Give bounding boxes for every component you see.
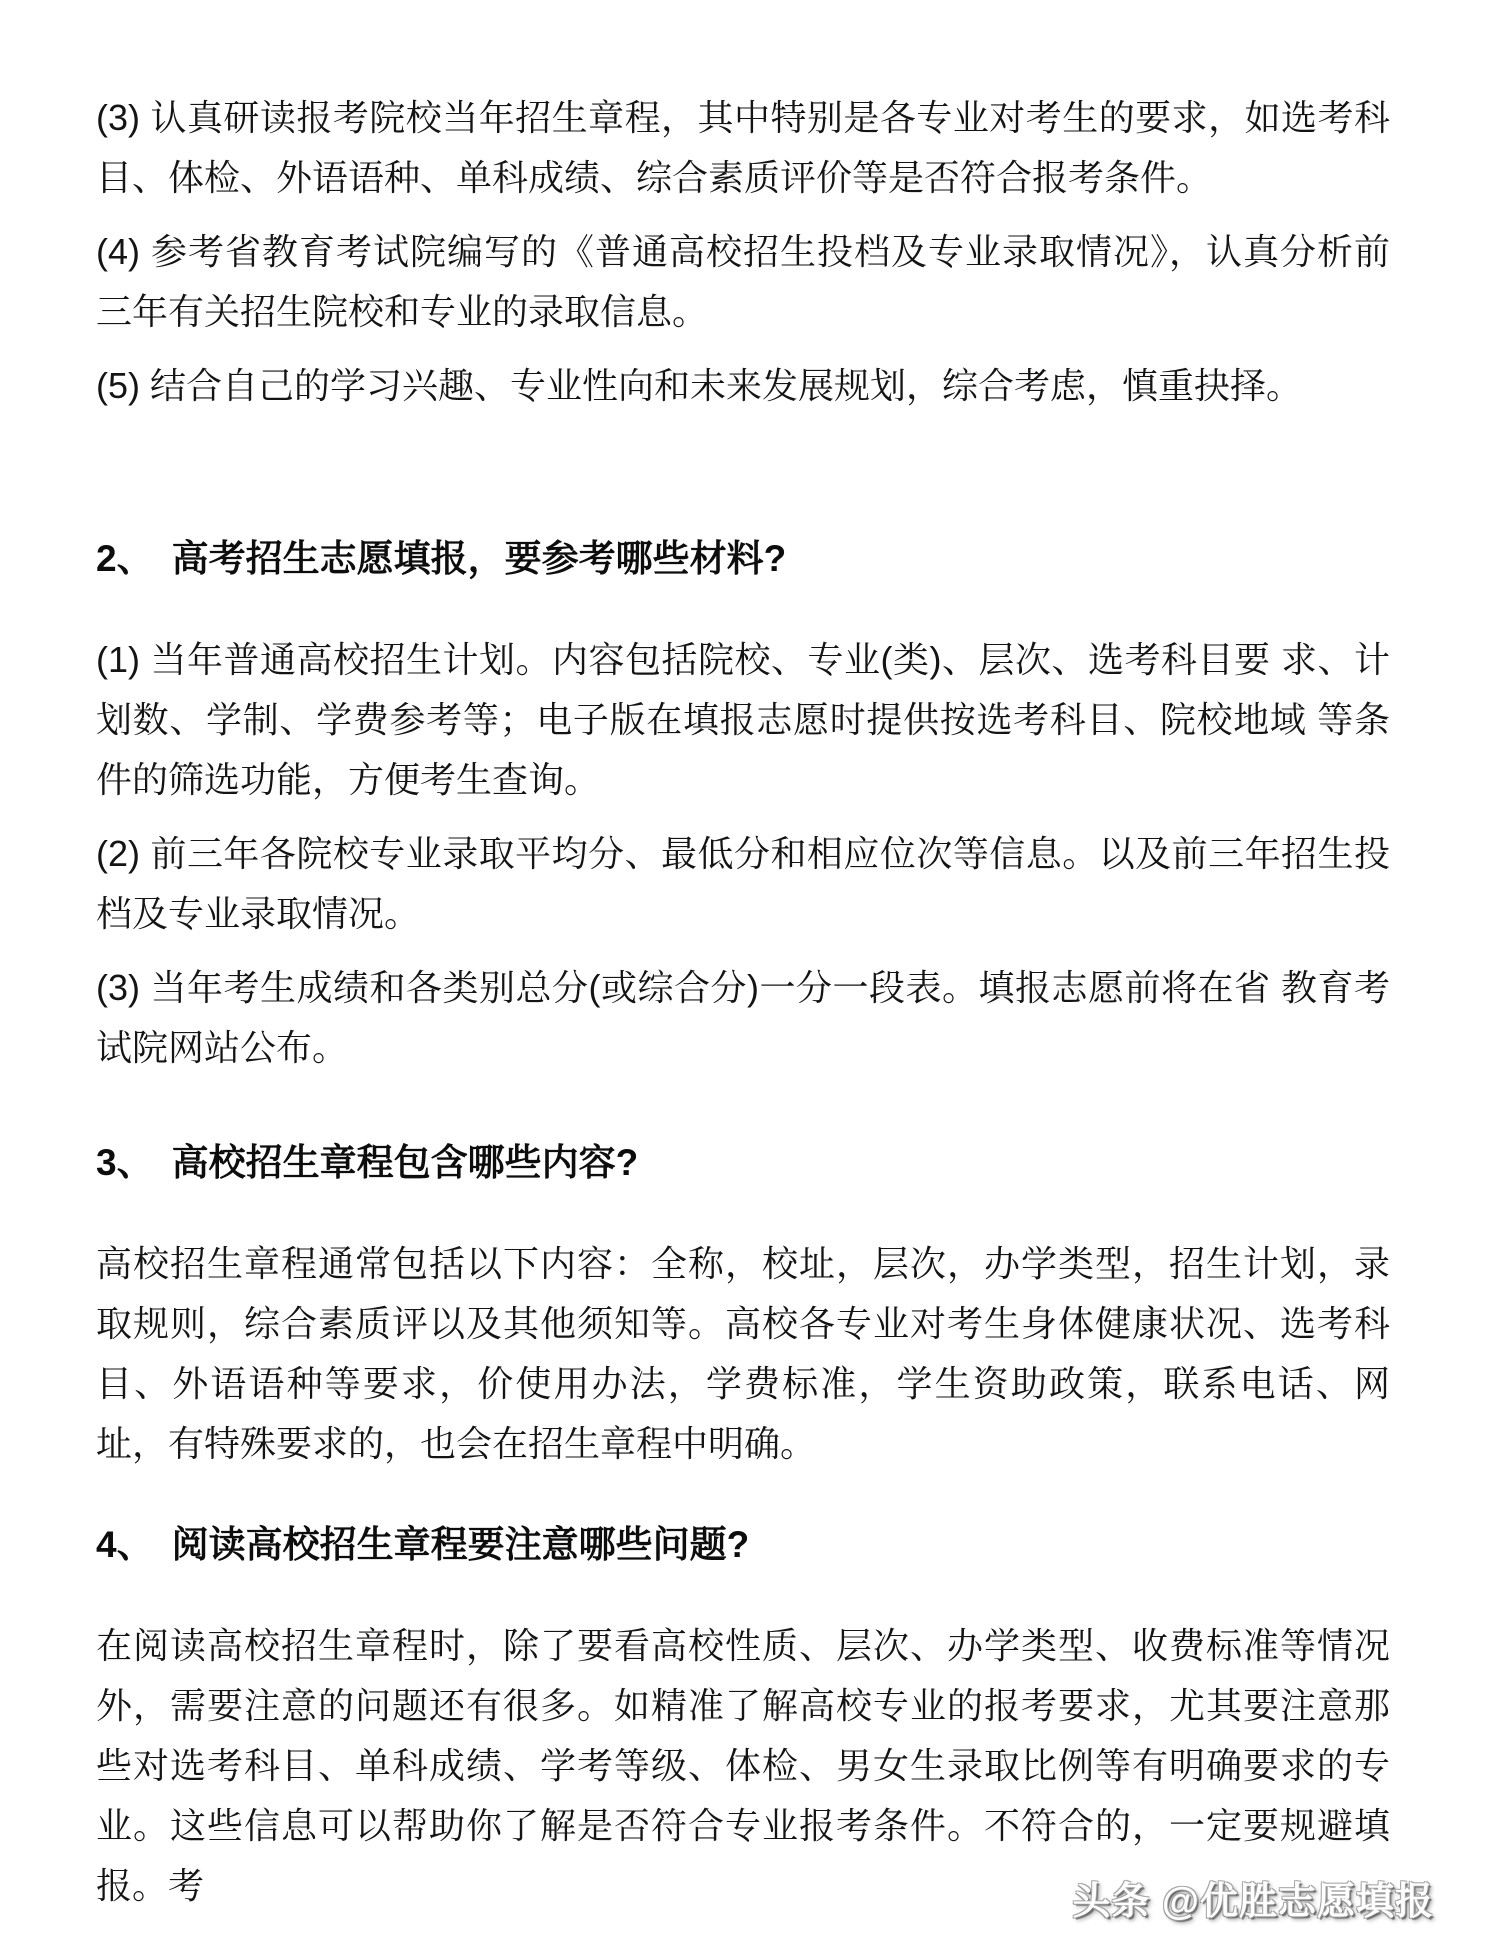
section-3-body: 高校招生章程通常包括以下内容：全称，校址，层次，办学类型，招生计划，录取规则，综…	[96, 1234, 1390, 1474]
watermark: 头条 @优胜志愿填报	[1072, 1870, 1434, 1925]
section-heading-2: 2、高考招生志愿填报，要参考哪些材料?	[96, 534, 1390, 584]
section-number: 4、	[96, 1524, 154, 1565]
section-3-paragraph-1: 高校招生章程通常包括以下内容：全称，校址，层次，办学类型，招生计划，录取规则，综…	[96, 1234, 1390, 1474]
section-title: 高校招生章程包含哪些内容?	[172, 1142, 639, 1183]
intro-paragraph-5: (5) 结合自己的学习兴趣、专业性向和未来发展规划，综合考虑，慎重抉择。	[96, 356, 1390, 416]
section-2-paragraph-3: (3) 当年考生成绩和各类别总分(或综合分)一分一段表。填报志愿前将在省 教育考…	[96, 958, 1390, 1078]
intro-paragraph-4: (4) 参考省教育考试院编写的《普通高校招生投档及专业录取情况》，认真分析前三年…	[96, 222, 1390, 342]
document-content: (3) 认真研读报考院校当年招生章程，其中特别是各专业对考生的要求，如选考科目、…	[0, 0, 1500, 1916]
section-2-paragraph-1: (1) 当年普通高校招生计划。内容包括院校、专业(类)、层次、选考科目要 求、计…	[96, 630, 1390, 810]
section-title: 阅读高校招生章程要注意哪些问题?	[172, 1524, 750, 1565]
section-heading-4: 4、阅读高校招生章程要注意哪些问题?	[96, 1520, 1390, 1570]
section-title: 高考招生志愿填报，要参考哪些材料?	[172, 538, 787, 579]
section-2-paragraph-2: (2) 前三年各院校专业录取平均分、最低分和相应位次等信息。以及前三年招生投档及…	[96, 824, 1390, 944]
section-number: 3、	[96, 1142, 154, 1183]
document-page: (3) 认真研读报考院校当年招生章程，其中特别是各专业对考生的要求，如选考科目、…	[0, 0, 1500, 1941]
section-2-body: (1) 当年普通高校招生计划。内容包括院校、专业(类)、层次、选考科目要 求、计…	[96, 630, 1390, 1078]
section-number: 2、	[96, 538, 154, 579]
intro-paragraph-3: (3) 认真研读报考院校当年招生章程，其中特别是各专业对考生的要求，如选考科目、…	[96, 88, 1390, 208]
section-heading-3: 3、高校招生章程包含哪些内容?	[96, 1138, 1390, 1188]
